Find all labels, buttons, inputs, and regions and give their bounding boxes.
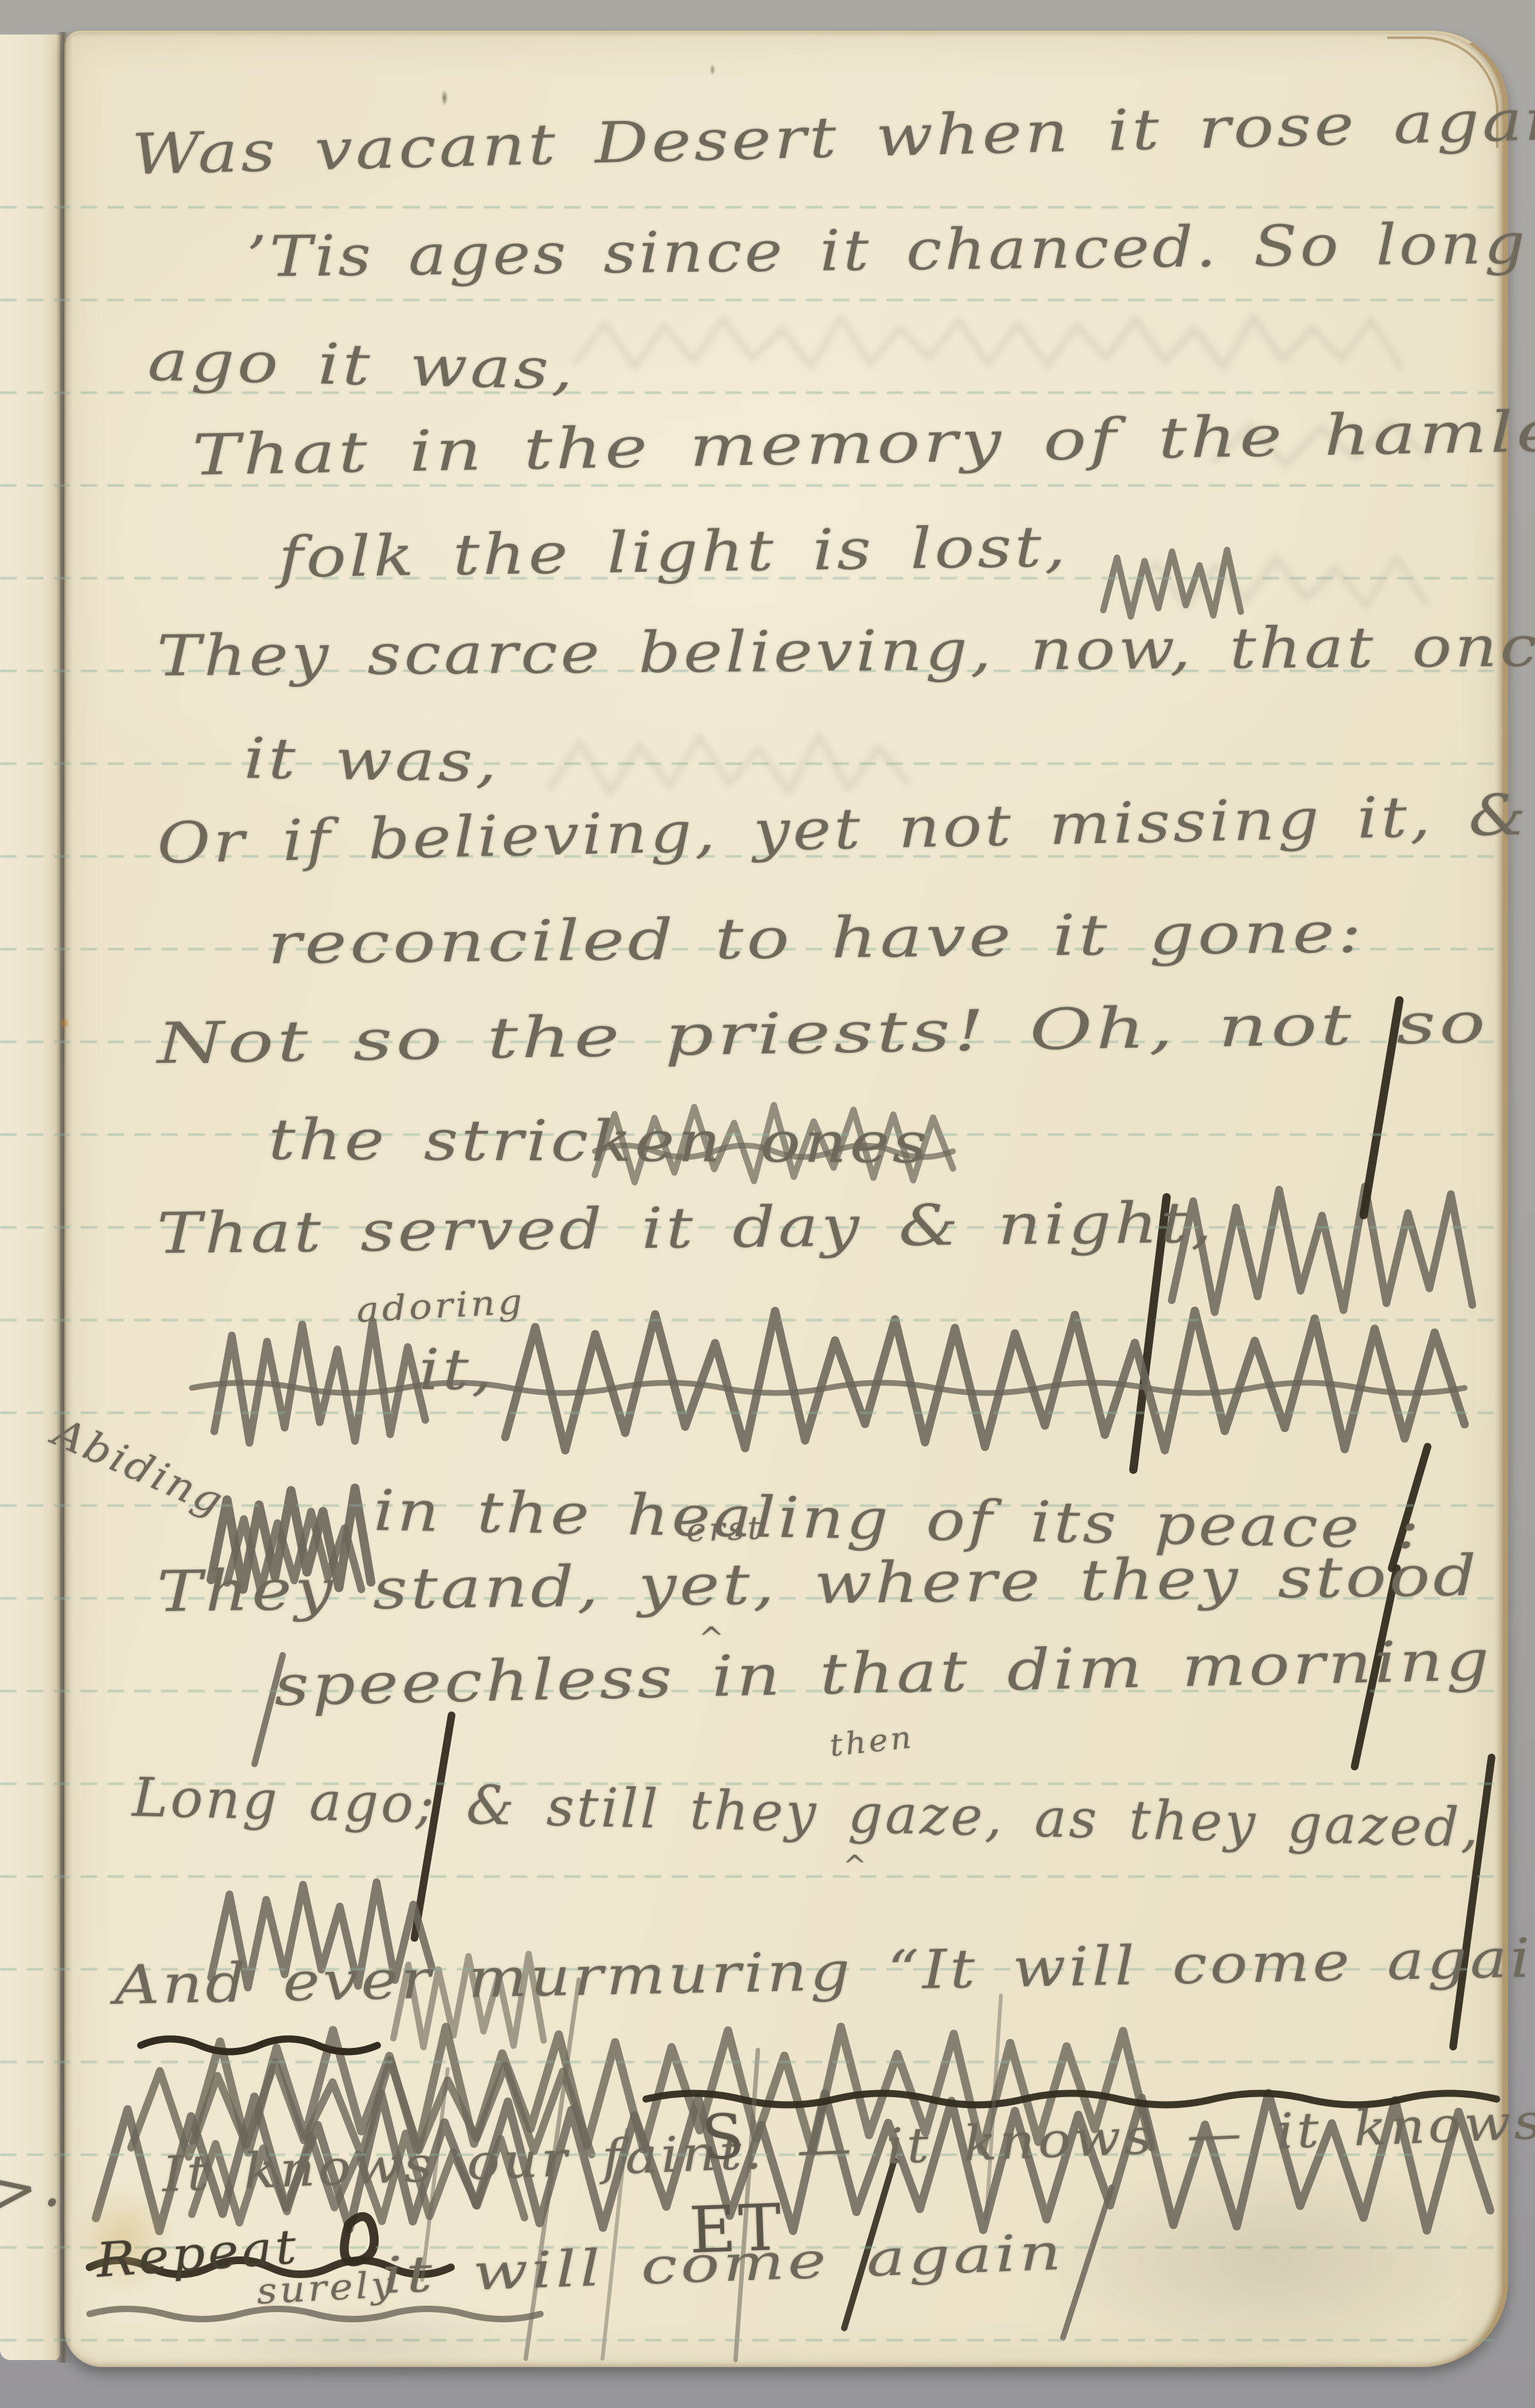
manuscript-line: That served it day & night, bbox=[157, 1195, 1215, 1262]
caret-mark: ^ bbox=[843, 1852, 869, 1880]
stet-letter: S bbox=[700, 2105, 748, 2169]
struck-word: surely bbox=[256, 2267, 397, 2310]
manuscript-line: it was, bbox=[244, 730, 501, 791]
ruled-line bbox=[0, 1412, 1504, 1414]
manuscript-line: it, bbox=[419, 1342, 495, 1398]
notebook-photo: Was vacant Desert when it rose again!’Ti… bbox=[0, 0, 1535, 2408]
manuscript-line: They scarce believing, now, that once bbox=[157, 618, 1535, 684]
manuscript-line: reconciled to have it gone: bbox=[267, 904, 1365, 972]
inserted-word: adoring bbox=[356, 1284, 526, 1328]
ruled-line bbox=[0, 2339, 1504, 2341]
inserted-word: then bbox=[828, 1722, 915, 1761]
ruled-line bbox=[0, 762, 1504, 765]
ruled-line bbox=[0, 2061, 1504, 2063]
manuscript-line: ’Tis ages since it chanced. So long bbox=[246, 216, 1528, 285]
manuscript-line: folk the light is lost, bbox=[278, 519, 1069, 586]
manuscript-line: ago it was, bbox=[147, 333, 576, 398]
inserted-word: erst bbox=[686, 1512, 764, 1546]
manuscript-line: the stricken ones bbox=[269, 1112, 931, 1171]
ruled-line bbox=[0, 1875, 1504, 1878]
edge-mark: >. bbox=[0, 2152, 66, 2224]
ruled-line bbox=[0, 299, 1504, 301]
stet-letter: ET bbox=[688, 2196, 785, 2263]
previous-page-stub bbox=[0, 35, 60, 2360]
manuscript-line: They stand, yet, where they stood bbox=[157, 1548, 1480, 1620]
ruled-line bbox=[0, 206, 1504, 209]
binding-crease bbox=[56, 32, 73, 2363]
ruled-line bbox=[0, 1319, 1504, 1321]
